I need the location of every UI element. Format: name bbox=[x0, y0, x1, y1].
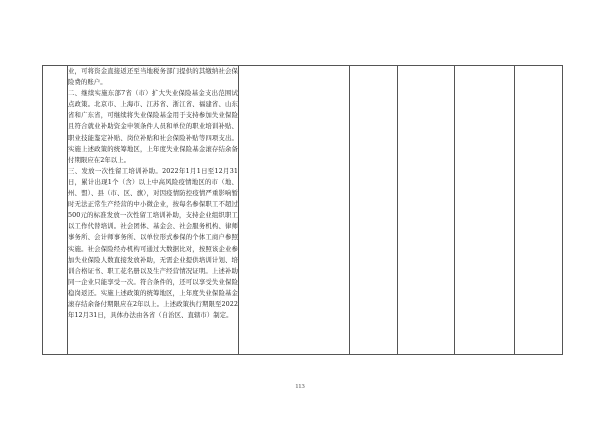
page-number: 113 bbox=[0, 383, 600, 390]
table-cell-col5 bbox=[398, 66, 455, 355]
table-cell-col4 bbox=[350, 66, 398, 355]
document-page: 业，可将资金直接返还至当地税务部门提供的其缴纳社会保险费的账户。 二、继续实施东… bbox=[0, 0, 600, 424]
table-cell-index bbox=[43, 66, 68, 355]
table-row: 业，可将资金直接返还至当地税务部门提供的其缴纳社会保险费的账户。 二、继续实施东… bbox=[43, 66, 563, 355]
table-cell-col6 bbox=[455, 66, 515, 355]
paragraph-item-two: 二、继续实施东部7省（市）扩大失业保险基金支出范围试点政策。北京市、上海市、江苏… bbox=[68, 88, 238, 166]
table-cell-col7 bbox=[515, 66, 563, 355]
paragraph-item-three: 三、发放一次性留工培训补助。2022年1月1日至12月31日，累计出现1个（含）… bbox=[68, 166, 238, 321]
table-cell-col3 bbox=[239, 66, 350, 355]
policy-table: 业，可将资金直接返还至当地税务部门提供的其缴纳社会保险费的账户。 二、继续实施东… bbox=[42, 65, 563, 355]
table-cell-policy-content: 业，可将资金直接返还至当地税务部门提供的其缴纳社会保险费的账户。 二、继续实施东… bbox=[68, 66, 239, 355]
paragraph-continuation: 业，可将资金直接返还至当地税务部门提供的其缴纳社会保险费的账户。 bbox=[68, 66, 238, 88]
